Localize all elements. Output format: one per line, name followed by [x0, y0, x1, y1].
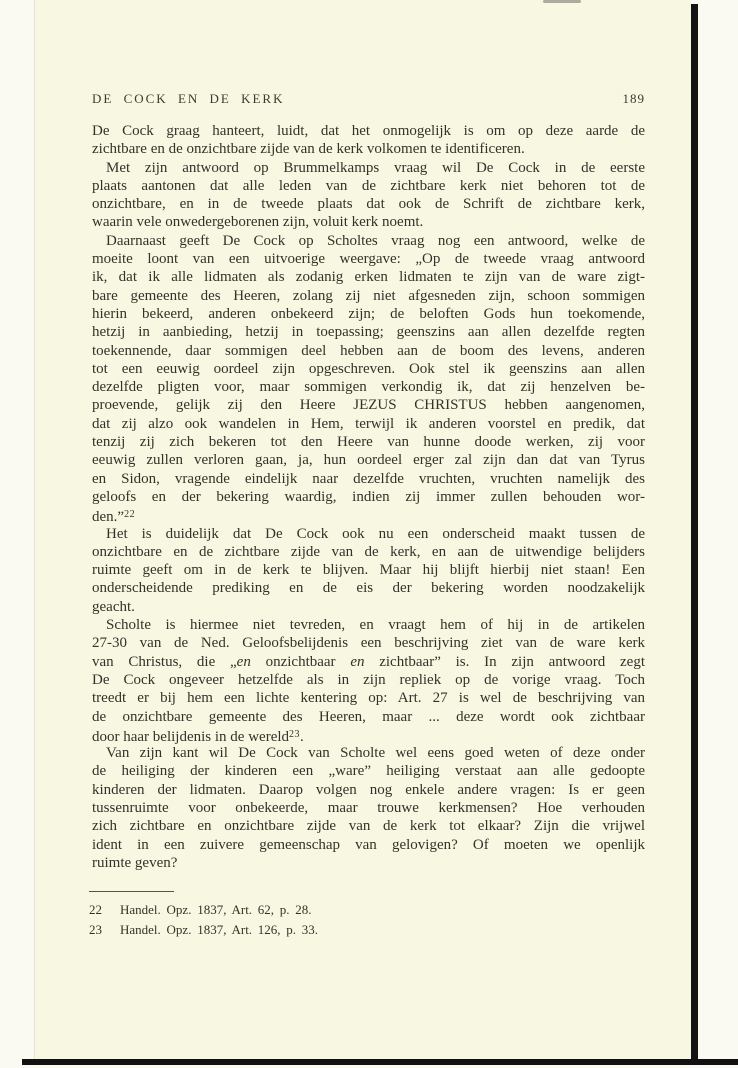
text-line: kinderen der lidmaten. Daarop volgen nog…: [92, 781, 645, 799]
footnotes: 22Handel. Opz. 1837, Art. 62, p. 28.23Ha…: [89, 891, 642, 940]
text-line: tenzij zij zich bekeren tot den Heere va…: [92, 433, 645, 451]
text-segment: 27-30 van de Ned. Geloofsbelijdenis een …: [92, 635, 645, 651]
text-segment: De Cock graag hanteert, luidt, dat het o…: [92, 123, 645, 139]
text-line: proevende, gelijk zij den Heere JEZUS CH…: [92, 396, 645, 414]
footnote: 22Handel. Opz. 1837, Art. 62, p. 28.: [89, 900, 642, 920]
text-line: ruimte geeft om in de kerk te blijven. M…: [92, 561, 645, 579]
text-segment: De Cock ongeveer hetzelfde als in zijn r…: [92, 672, 645, 688]
text-line: dat zij alzo ook wandelen in Hem, terwij…: [92, 415, 645, 433]
text-segment: dat zij alzo ook wandelen in Hem, terwij…: [92, 416, 645, 432]
text-segment: onzichtbare en de zichtbare zijde van de…: [92, 544, 645, 560]
scan-edge-right: [691, 4, 698, 1060]
scan-smudge: [543, 0, 581, 3]
running-head: DE COCK EN DE KERK 189: [92, 91, 645, 107]
text-line: treedt er bij hem een lichte kentering o…: [92, 689, 645, 707]
text-line: hierin bekeerd, anderen onbekeerd zijn; …: [92, 305, 645, 323]
paragraph: Met zijn antwoord op Brummelkamps vraag …: [92, 159, 645, 232]
footnote-rule: [89, 891, 174, 892]
text-line: moeite loont van een uitvoerige weergave…: [92, 250, 645, 268]
text-line: ident in een zuivere gemeenschap van gel…: [92, 836, 645, 854]
text-segment: Van zijn kant wil De Cock van Scholte we…: [106, 745, 645, 761]
text-line: Met zijn antwoord op Brummelkamps vraag …: [92, 159, 645, 177]
text-segment: moeite loont van een uitvoerige weergave…: [92, 251, 645, 267]
text-line: 27-30 van de Ned. Geloofsbelijdenis een …: [92, 634, 645, 652]
paragraph: De Cock graag hanteert, luidt, dat het o…: [92, 122, 645, 159]
paragraph: Scholte is hiermee niet tevreden, en vra…: [92, 616, 645, 744]
text-segment: tussenruimte voor onbekeerde, maar trouw…: [92, 800, 645, 816]
text-segment: door haar belijdenis in de wereld: [92, 729, 289, 745]
text-segment: treedt er bij hem een lichte kentering o…: [92, 690, 645, 706]
text-segment: den.”: [92, 509, 124, 525]
text-segment: tot een eeuwig oordeel zijn opgeschreven…: [92, 361, 645, 377]
text-segment: hierin bekeerd, anderen onbekeerd zijn; …: [92, 306, 645, 322]
text-segment: zichtbare en de onzichtbare zijde van de…: [92, 141, 525, 157]
footnote-text: Handel. Opz. 1837, Art. 126, p. 33.: [120, 920, 642, 940]
text-segment: plaats aantonen dat alle leden van de zi…: [92, 178, 645, 194]
text-segment: de heiliging der kinderen een „ware” hei…: [92, 763, 645, 779]
text-line: Scholte is hiermee niet tevreden, en vra…: [92, 616, 645, 634]
scanned-page: DE COCK EN DE KERK 189 De Cock graag han…: [0, 0, 738, 1068]
text-segment: Scholte is hiermee niet tevreden, en vra…: [106, 617, 645, 633]
text-line: geloofs en der bekering waardig, indien …: [92, 488, 645, 506]
text-line: de onzichtbare gemeente des Heeren, maar…: [92, 708, 645, 726]
text-line: ruimte geven?: [92, 854, 645, 872]
page-number: 189: [623, 91, 646, 107]
gutter-line: [34, 0, 35, 1060]
text-segment: Met zijn antwoord op Brummelkamps vraag …: [106, 160, 645, 176]
text-line: den.”22: [92, 506, 645, 524]
paragraph: Het is duidelijk dat De Cock ook nu een …: [92, 525, 645, 616]
text-segment: dezelfde pligten voor, maar sommigen ver…: [92, 379, 645, 395]
text-segment: toekennende, daar sommigen deel hebben a…: [92, 343, 645, 359]
text-line: De Cock ongeveer hetzelfde als in zijn r…: [92, 671, 645, 689]
text-segment: .: [300, 729, 304, 745]
scan-edge-bottom: [22, 1059, 738, 1065]
text-line: plaats aantonen dat alle leden van de zi…: [92, 177, 645, 195]
text-line: Het is duidelijk dat De Cock ook nu een …: [92, 525, 645, 543]
text-line: De Cock graag hanteert, luidt, dat het o…: [92, 122, 645, 140]
footnote-text: Handel. Opz. 1837, Art. 62, p. 28.: [120, 900, 642, 920]
text-segment: bare gemeente des Heeren, zolang zij nie…: [92, 288, 645, 304]
text-segment: waarin vele onwedergeborenen zijn, volui…: [92, 214, 423, 230]
text-line: Daarnaast geeft De Cock op Scholtes vraa…: [92, 232, 645, 250]
text-line: van Christus, die „en onzichtbaar en zic…: [92, 653, 645, 671]
text-segment: ident in een zuivere gemeenschap van gel…: [92, 837, 645, 853]
footnote-number: 22: [89, 900, 120, 920]
body-text: De Cock graag hanteert, luidt, dat het o…: [92, 122, 645, 872]
paragraph: Van zijn kant wil De Cock van Scholte we…: [92, 744, 645, 872]
footnote-number: 23: [89, 920, 120, 940]
text-line: de heiliging der kinderen een „ware” hei…: [92, 762, 645, 780]
text-line: tussenruimte voor onbekeerde, maar trouw…: [92, 799, 645, 817]
text-segment: zich zichtbare en onzichtbare zijde van …: [92, 818, 645, 834]
text-line: dezelfde pligten voor, maar sommigen ver…: [92, 378, 645, 396]
text-segment: geacht.: [92, 599, 135, 615]
text-line: ik, dat ik alle lidmaten als zodanig erk…: [92, 268, 645, 286]
text-line: geacht.: [92, 598, 645, 616]
text-line: onderscheidende prediking en de eis der …: [92, 579, 645, 597]
paragraph: Daarnaast geeft De Cock op Scholtes vraa…: [92, 232, 645, 525]
text-segment: kinderen der lidmaten. Daarop volgen nog…: [92, 782, 645, 798]
text-segment: van Christus, die „: [92, 654, 237, 670]
text-segment: ruimte geeft om in de kerk te blijven. M…: [92, 562, 645, 578]
text-segment: tenzij zij zich bekeren tot den Heere va…: [92, 434, 645, 450]
text-segment: onderscheidende prediking en de eis der …: [92, 580, 645, 596]
text-segment: de onzichtbare gemeente des Heeren, maar…: [92, 709, 645, 725]
text-segment: Het is duidelijk dat De Cock ook nu een …: [106, 526, 645, 542]
text-line: onzichtbare, en in de tweede plaats dat …: [92, 195, 645, 213]
text-line: toekennende, daar sommigen deel hebben a…: [92, 342, 645, 360]
footnote-ref: 23: [289, 729, 300, 740]
text-segment: Daarnaast geeft De Cock op Scholtes vraa…: [106, 233, 645, 249]
text-line: onzichtbare en de zichtbare zijde van de…: [92, 543, 645, 561]
text-segment: en: [350, 654, 364, 670]
text-segment: en Sidon, vragende eindelijk naar dezelf…: [92, 471, 645, 487]
text-segment: zichtbaar” is. In zijn antwoord zegt: [364, 654, 645, 670]
text-line: hetzij in aanbieding, hetzij in toepassi…: [92, 323, 645, 341]
text-segment: hetzij in aanbieding, hetzij in toepassi…: [92, 324, 645, 340]
footnote: 23Handel. Opz. 1837, Art. 126, p. 33.: [89, 920, 642, 940]
text-segment: geloofs en der bekering waardig, indien …: [92, 489, 645, 505]
text-segment: proevende, gelijk zij den Heere JEZUS CH…: [92, 397, 645, 413]
text-segment: onzichtbaar: [251, 654, 350, 670]
text-segment: ruimte geven?: [92, 855, 177, 871]
text-segment: en: [237, 654, 251, 670]
text-line: en Sidon, vragende eindelijk naar dezelf…: [92, 470, 645, 488]
text-line: zich zichtbare en onzichtbare zijde van …: [92, 817, 645, 835]
text-segment: ik, dat ik alle lidmaten als zodanig erk…: [92, 269, 645, 285]
text-line: Van zijn kant wil De Cock van Scholte we…: [92, 744, 645, 762]
text-line: tot een eeuwig oordeel zijn opgeschreven…: [92, 360, 645, 378]
footnote-ref: 22: [124, 509, 135, 520]
text-segment: eeuwig zullen verloren gaan, ja, hun oor…: [92, 452, 645, 468]
text-line: waarin vele onwedergeborenen zijn, volui…: [92, 213, 645, 231]
text-line: eeuwig zullen verloren gaan, ja, hun oor…: [92, 451, 645, 469]
page-title: DE COCK EN DE KERK: [92, 91, 285, 107]
text-line: bare gemeente des Heeren, zolang zij nie…: [92, 287, 645, 305]
text-segment: onzichtbare, en in de tweede plaats dat …: [92, 196, 645, 212]
text-line: door haar belijdenis in de wereld23.: [92, 726, 645, 744]
text-line: zichtbare en de onzichtbare zijde van de…: [92, 140, 645, 158]
